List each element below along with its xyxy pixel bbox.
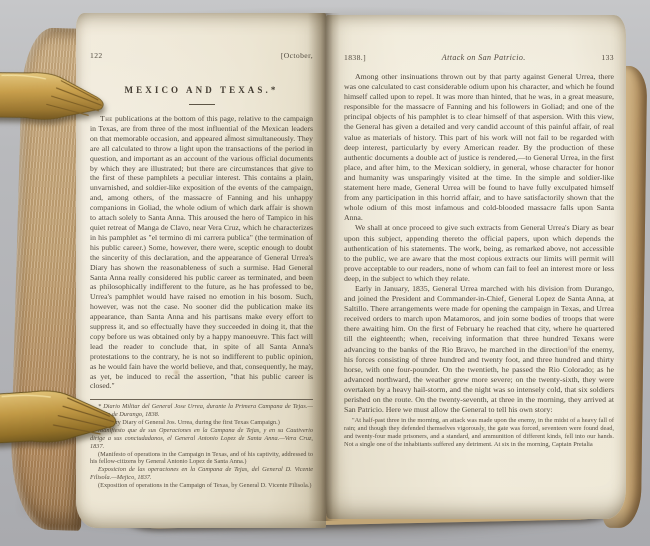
paragraph-text: We shall at once proceed to give such ex… <box>344 223 614 282</box>
body-paragraph: Early in January, 1835, General Urrea ma… <box>344 284 614 415</box>
left-body-text: publications at the bottom of this page,… <box>90 114 313 390</box>
left-page-header: 122 [October, <box>90 51 313 60</box>
footnote-line: (Military Diary of General Jos. Urrea, d… <box>90 419 313 427</box>
footnote-line: (Manifesto of operations in the Campaign… <box>90 451 313 467</box>
footnote-line: (Exposition of operations in the Campaig… <box>90 482 313 490</box>
article-title: MEXICO AND TEXAS.* <box>90 85 313 95</box>
brass-hand-clasp-bottom-icon <box>0 383 124 460</box>
right-body: Among other insinuations thrown out by t… <box>344 72 614 450</box>
quote-text: "At half-past three in the morning, an a… <box>344 417 614 448</box>
book-photograph: 122 [October, MEXICO AND TEXAS.* The pub… <box>0 0 650 546</box>
paragraph-text: Among other insinuations thrown out by t… <box>344 72 614 222</box>
footnote-line: Exposicion de las operaciones en la Camp… <box>90 466 313 482</box>
footnote-line: Manifiesto que de sus Operaciones en la … <box>90 427 313 451</box>
foxing-spot <box>566 345 573 351</box>
brass-hand-clasp-top-icon <box>0 63 113 139</box>
paragraph-text: Early in January, 1835, General Urrea ma… <box>344 284 614 414</box>
right-running-date: 1838.] <box>344 53 366 62</box>
right-page-header: 1838.] Attack on San Patricio. 133 <box>344 53 614 62</box>
title-rule <box>189 104 215 105</box>
left-body-paragraph: The publications at the bottom of this p… <box>90 114 313 391</box>
body-paragraph: We shall at once proceed to give such ex… <box>344 223 614 284</box>
body-paragraph: Among other insinuations thrown out by t… <box>344 72 614 223</box>
block-quote: "At half-past three in the morning, an a… <box>344 417 614 449</box>
footnote-line: * Diario Militar del General Jose Urrea,… <box>90 403 313 419</box>
right-page-content: 1838.] Attack on San Patricio. 133 Among… <box>326 15 626 519</box>
right-page: 1838.] Attack on San Patricio. 133 Among… <box>326 15 626 519</box>
running-title: Attack on San Patricio. <box>442 53 526 62</box>
right-page-number: 133 <box>601 53 614 62</box>
foxing-spot <box>226 133 232 138</box>
footnote-block: * Diario Militar del General Jose Urrea,… <box>90 399 313 490</box>
gutter-shadow <box>308 13 340 521</box>
foxing-spot <box>172 369 181 376</box>
left-page-number: 122 <box>90 51 103 60</box>
